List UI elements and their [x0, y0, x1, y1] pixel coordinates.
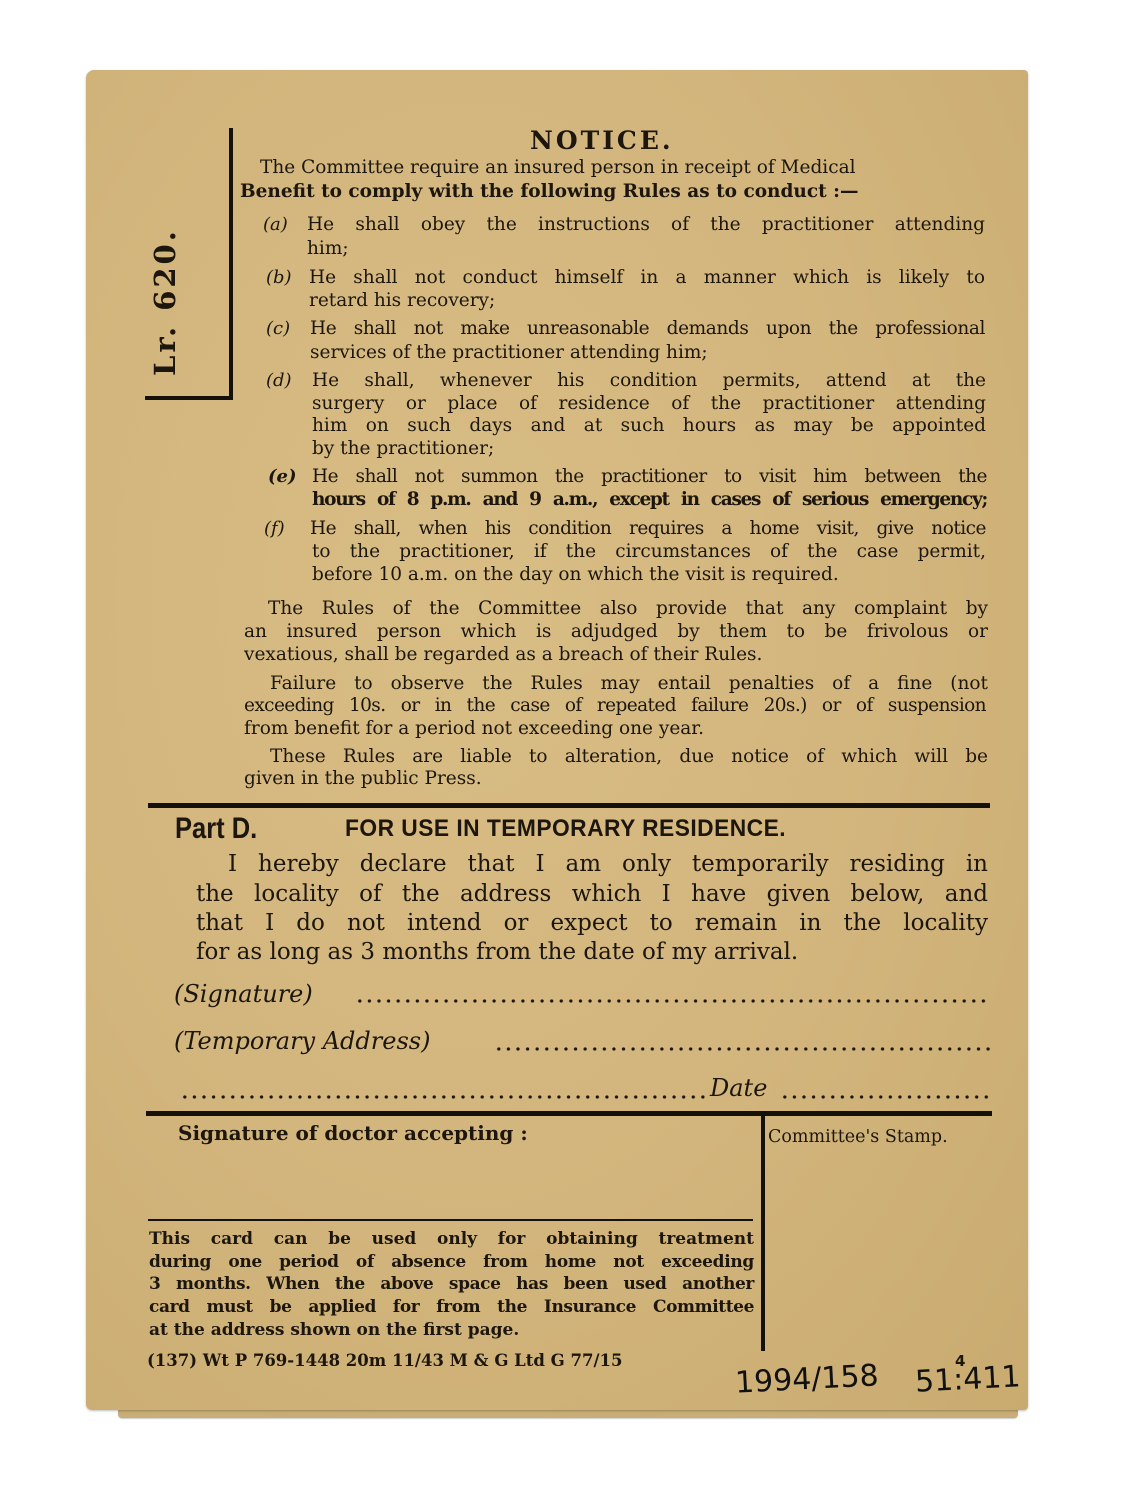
- part-d-top-rule: [148, 803, 990, 808]
- part-d-heading: Part D.: [175, 812, 257, 846]
- temporary-address-label: (Temporary Address): [174, 1027, 430, 1055]
- declaration-line3: that I do not intend or expect to remain…: [196, 909, 988, 938]
- rule-c-line1: He shall not make unreasonable demands u…: [310, 317, 985, 340]
- rule-f-label: (f): [264, 518, 285, 539]
- signature-field[interactable]: [355, 998, 990, 1004]
- handwritten-reference: 51:411: [914, 1359, 1021, 1399]
- rule-b-line1: He shall not conduct himself in a manner…: [309, 266, 985, 289]
- temporary-address-field[interactable]: [494, 1046, 990, 1052]
- temporary-address-field-continued[interactable]: [180, 1094, 708, 1100]
- committee-stamp-area: [770, 1150, 990, 1345]
- notice-intro-line1: The Committee require an insured person …: [260, 156, 856, 179]
- alteration-para-line1: These Rules are liable to alteration, du…: [270, 745, 988, 768]
- rule-c-line2: services of the practitioner attending h…: [310, 341, 708, 364]
- rule-b-line2: retard his recovery;: [309, 289, 495, 312]
- rule-a-line1: He shall obey the instructions of the pr…: [307, 213, 985, 236]
- serial-number: Lr. 620.: [148, 266, 188, 376]
- footnote-line2: during one period of absence from home n…: [149, 1251, 754, 1274]
- rule-e-line2: hours of 8 p.m. and 9 a.m., except in ca…: [312, 488, 987, 511]
- rule-b-label: (b): [266, 267, 292, 288]
- committee-stamp-label: Committee's Stamp.: [768, 1126, 948, 1149]
- penalty-para-line2: exceeding 10s. or in the case of repeate…: [244, 694, 986, 717]
- rule-c-label: (c): [266, 318, 290, 339]
- date-field[interactable]: [780, 1094, 990, 1100]
- rule-e-label: (e): [268, 466, 297, 487]
- penalty-para-line3: from benefit for a period not exceeding …: [244, 717, 704, 740]
- rule-a-label: (a): [263, 214, 288, 235]
- date-label: Date: [710, 1074, 767, 1102]
- signature-label: (Signature): [174, 980, 313, 1008]
- declaration-line1: I hereby declare that I am only temporar…: [228, 850, 988, 879]
- handwritten-reference-text: 51:411: [914, 1359, 1021, 1399]
- stamp-divider: [761, 1115, 765, 1351]
- doctor-section-top-rule: [146, 1111, 992, 1116]
- rule-a-line2: him;: [307, 237, 349, 260]
- rule-d-label: (d): [266, 370, 292, 391]
- rule-d-line2: surgery or place of residence of the pra…: [312, 392, 986, 415]
- rule-e-line1: He shall not summon the practitioner to …: [312, 465, 987, 488]
- notice-intro-line2: Benefit to comply with the following Rul…: [240, 180, 858, 203]
- printer-imprint: (137) Wt P 769-1448 20m 11/43 M & G Ltd …: [147, 1351, 622, 1370]
- doctor-signature-field[interactable]: [178, 1150, 748, 1215]
- complaint-para-line1: The Rules of the Committee also provide …: [268, 597, 988, 620]
- alteration-para-line2: given in the public Press.: [244, 767, 482, 790]
- complaint-para-line3: vexatious, shall be regarded as a breach…: [244, 643, 762, 666]
- footnote-line4: card must be applied for from the Insura…: [149, 1296, 754, 1319]
- part-d-subheading: FOR USE IN TEMPORARY RESIDENCE.: [345, 815, 786, 843]
- notice-title: NOTICE.: [530, 126, 674, 155]
- complaint-para-line2: an insured person which is adjudged by t…: [244, 620, 988, 643]
- rule-f-line1: He shall, when his condition requires a …: [310, 517, 986, 540]
- handwritten-reference-superscript: 4: [955, 1352, 965, 1370]
- footnote-line5: at the address shown on the first page.: [149, 1319, 519, 1342]
- rule-d-line1: He shall, whenever his condition permits…: [312, 369, 986, 392]
- declaration-line4: for as long as 3 months from the date of…: [196, 938, 798, 967]
- notice-left-rule: [229, 128, 233, 400]
- rule-d-line4: by the practitioner;: [312, 437, 494, 460]
- serial-underline: [145, 396, 233, 400]
- penalty-para-line1: Failure to observe the Rules may entail …: [270, 672, 988, 695]
- rule-f-line2: to the practitioner, if the circumstance…: [312, 540, 986, 563]
- footnote-line1: This card can be used only for obtaining…: [149, 1228, 754, 1251]
- declaration-line2: the locality of the address which I have…: [196, 880, 988, 909]
- rule-f-line3: before 10 a.m. on the day on which the v…: [312, 563, 839, 586]
- footnote-line3: 3 months. When the above space has been …: [149, 1273, 754, 1296]
- doctor-signature-label: Signature of doctor accepting :: [178, 1122, 528, 1145]
- rule-d-line3: him on such days and at such hours as ma…: [312, 414, 986, 437]
- footnote-rule: [148, 1219, 753, 1221]
